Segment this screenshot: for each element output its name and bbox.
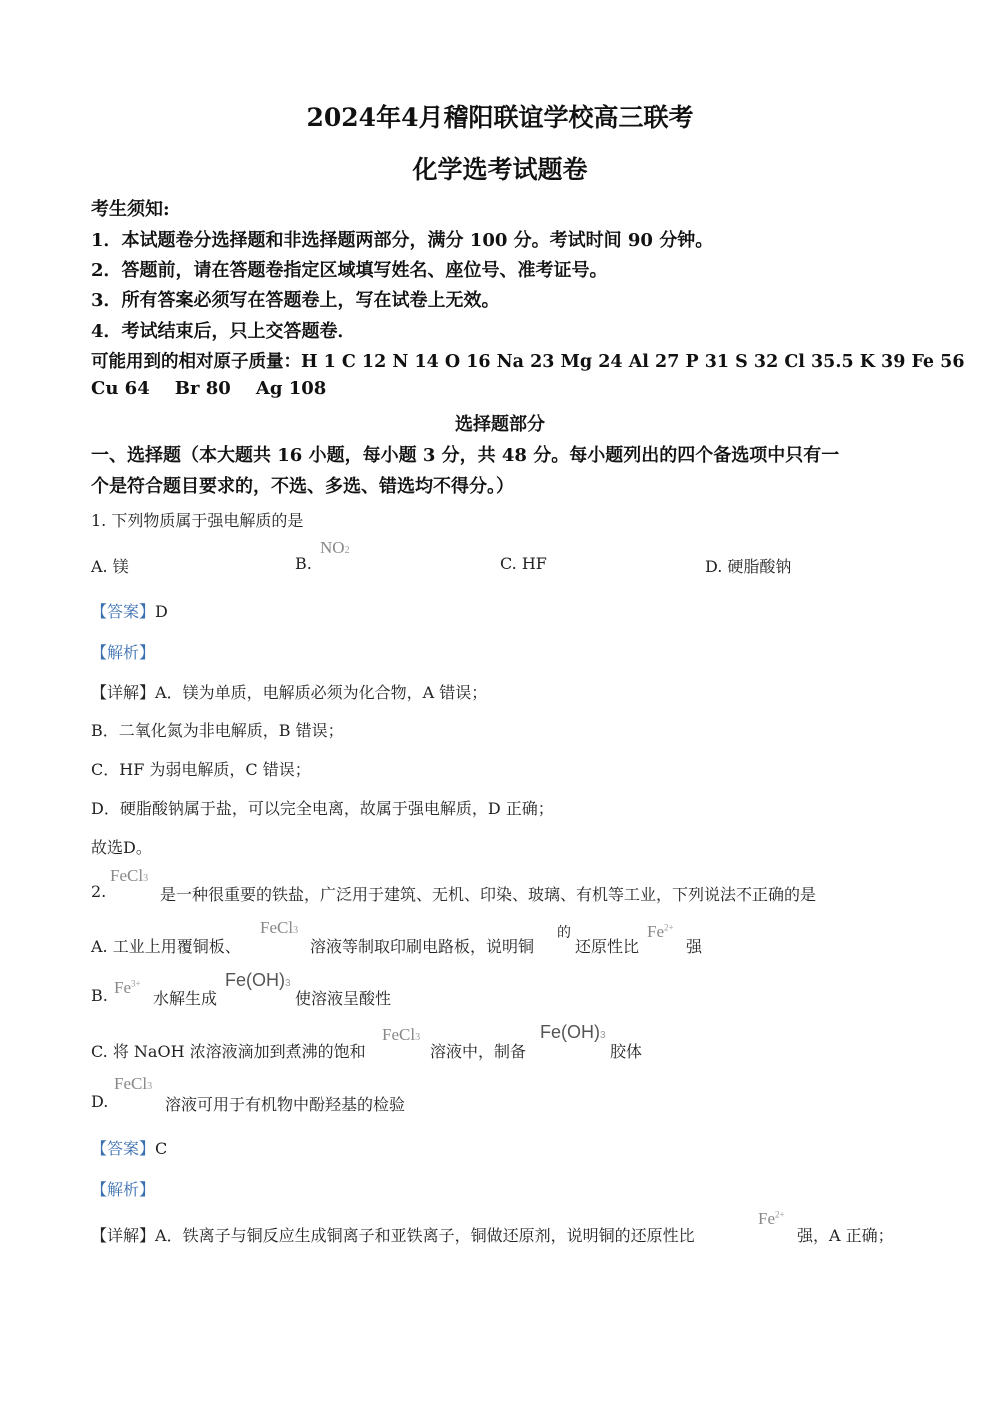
option-a: A. 工业上用覆铜板、 — [91, 934, 241, 957]
formula-feoh3: Fe(OH)3 — [540, 1022, 606, 1043]
option-b-formula: NO2 — [320, 538, 350, 558]
option-a-text: 强 — [686, 934, 702, 957]
option-d-text: 溶液可用于有机物中酚羟基的检验 — [165, 1092, 405, 1115]
option-c-text: 溶液中，制备 — [430, 1039, 526, 1062]
option-a: A. 镁 — [91, 554, 129, 577]
detail-line: B．二氧化氮为非电解质，B 错误； — [91, 718, 344, 741]
exam-title: 2024年4月稽阳联谊学校高三联考 — [0, 98, 1000, 134]
option-a-text: 还原性比 — [575, 934, 639, 957]
formula-fe2: Fe2+ — [647, 922, 674, 942]
formula-fecl3: FeCl3 — [114, 1074, 152, 1094]
notice-item: 2．答题前，请在答题卷指定区域填写姓名、座位号、准考证号。 — [91, 256, 608, 282]
option-a-text: 的 — [557, 922, 571, 942]
option-b-text: 水解生成 — [153, 986, 217, 1009]
question-stem: 1. 下列物质属于强电解质的是 — [91, 508, 303, 531]
detail-line: 【详解】A．铁离子与铜反应生成铜离子和亚铁离子，铜做还原剂，说明铜的还原性比 — [91, 1223, 695, 1246]
detail-line: 强，A 正确； — [797, 1223, 894, 1246]
detail-line: 故选D。 — [91, 835, 152, 858]
option-a-text: 溶液等制取印刷电路板，说明铜 — [310, 934, 534, 957]
notice-item: 4．考试结束后，只上交答题卷． — [91, 317, 356, 343]
option-b-label: B. — [91, 986, 108, 1005]
answer-value: D — [155, 602, 168, 621]
detail-line: D．硬脂酸钠属于盐，可以完全电离，故属于强电解质，D 正确； — [91, 796, 554, 819]
analysis-tag: 【解析】 — [91, 640, 155, 663]
formula-fecl3: FeCl3 — [110, 866, 148, 886]
section-instructions: 一、选择题（本大题共 16 小题，每小题 3 分，共 48 分。每小题列出的四个… — [91, 441, 839, 467]
section-title: 选择题部分 — [0, 410, 1000, 436]
option-b-label: B. — [295, 554, 312, 573]
option-c: C. HF — [500, 554, 547, 573]
answer-row: 【答案】C — [91, 1136, 167, 1159]
formula-fecl3: FeCl3 — [382, 1025, 420, 1045]
option-c-text: 胶体 — [610, 1039, 642, 1062]
option-d-label: D. — [91, 1092, 108, 1111]
answer-tag: 【答案】 — [91, 602, 155, 621]
atomic-mass-line: 可能用到的相对原子质量：H 1 C 12 N 14 O 16 Na 23 Mg … — [91, 348, 965, 373]
question-stem: 是一种很重要的铁盐，广泛用于建筑、无机、印染、玻璃、有机等工业，下列说法不正确的… — [160, 882, 816, 905]
formula-fe3: Fe3+ — [114, 978, 141, 998]
formula-feoh3: Fe(OH)3 — [225, 970, 291, 991]
analysis-tag: 【解析】 — [91, 1177, 155, 1200]
option-c: C. 将 NaOH 浓溶液滴加到煮沸的饱和 — [91, 1039, 366, 1062]
question-number: 2. — [91, 882, 106, 901]
formula-fe2: Fe2+ — [758, 1209, 785, 1229]
exam-subtitle: 化学选考试题卷 — [0, 150, 1000, 186]
option-d: D. 硬脂酸钠 — [705, 554, 791, 577]
answer-value: C — [155, 1139, 167, 1158]
answer-tag: 【答案】 — [91, 1139, 155, 1158]
section-instructions: 个是符合题目要求的，不选、多选、错选均不得分。） — [91, 472, 514, 498]
detail-line: C．HF 为弱电解质，C 错误； — [91, 757, 311, 780]
notice-heading: 考生须知: — [91, 195, 170, 221]
atomic-mass-line: Cu 64 Br 80 Ag 108 — [91, 378, 326, 399]
notice-item: 3．所有答案必须写在答题卷上，写在试卷上无效。 — [91, 286, 500, 312]
formula-fecl3: FeCl3 — [260, 918, 298, 938]
notice-item: 1．本试题卷分选择题和非选择题两部分，满分 100 分。考试时间 90 分钟。 — [91, 226, 713, 252]
answer-row: 【答案】D — [91, 599, 168, 622]
option-b-text: 使溶液呈酸性 — [295, 986, 391, 1009]
detail-line: 【详解】A．镁为单质，电解质必须为化合物，A 错误； — [91, 680, 487, 703]
